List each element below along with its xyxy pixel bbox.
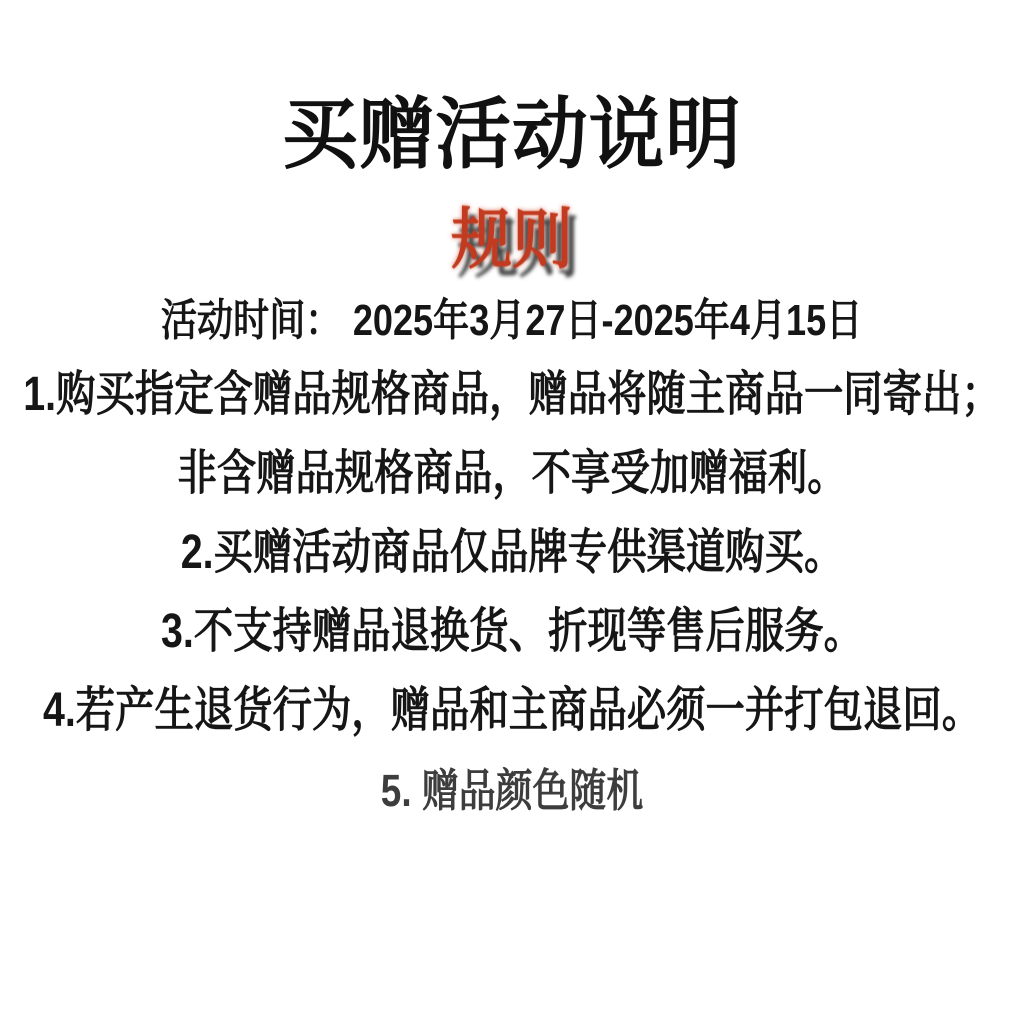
rule-item-5: 5. 赠品颜色随机 [381, 765, 643, 817]
activity-period-value: 2025年3月27日-2025年4月15日 [353, 296, 862, 345]
rule-item-4: 4.若产生退货行为，赠品和主商品必须一并打包退回。 [43, 683, 981, 738]
activity-period: 活动时间：2025年3月27日-2025年4月15日 [161, 295, 862, 348]
promo-notice-page: 买赠活动说明 规则 活动时间：2025年3月27日-2025年4月15日 1.购… [0, 0, 1024, 1024]
rule-item-3: 3.不支持赠品退换货、折现等售后服务。 [161, 604, 863, 659]
rule-item-1-continuation: 非含赠品规格商品，不享受加赠福利。 [177, 446, 846, 501]
rule-item-1: 1.购买指定含赠品规格商品，赠品将随主商品一同寄出； [23, 367, 1000, 422]
content-stack: 买赠活动说明 规则 活动时间：2025年3月27日-2025年4月15日 1.购… [0, 0, 1024, 816]
rules-heading: 规则 [451, 200, 572, 279]
activity-period-label: 活动时间： [161, 296, 341, 345]
page-title: 买赠活动说明 [282, 88, 742, 182]
rule-item-2: 2.买赠活动商品仅品牌专供渠道购买。 [181, 525, 844, 580]
